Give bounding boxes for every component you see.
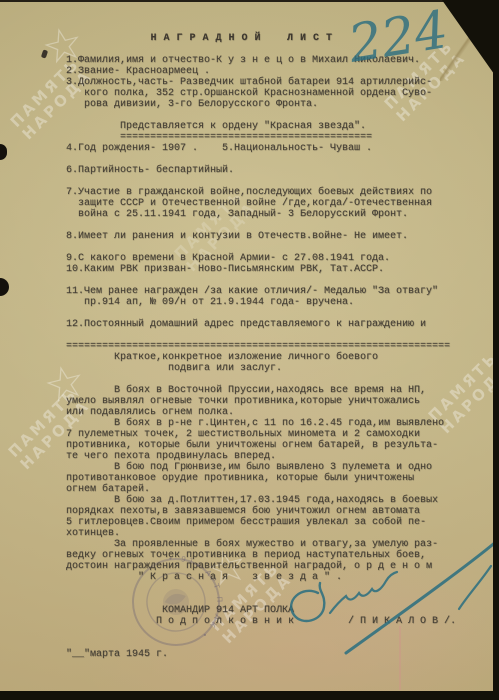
typed-line: В бою под Грюнвизе,им было выявлено 3 пу…: [66, 462, 456, 473]
typed-lines: Н А Г Р А Д Н О Й Л И С Т 1.Фамилия,имя …: [66, 33, 456, 660]
typed-line: ========================================…: [66, 341, 456, 352]
typed-line: [66, 242, 456, 253]
typed-line: За проявленные в боях мужество и отвагу,…: [66, 539, 456, 550]
typed-line: [66, 374, 456, 385]
typed-line: 9.С какого времени в Красной Армии- с 27…: [66, 253, 456, 264]
scan-edge-right: [493, 0, 499, 700]
typed-line: [66, 638, 456, 649]
typed-line: рова дивизии, 3-го Белорусского Фронта.: [66, 99, 456, 110]
typed-line: 11.Чем ранее награжден /за какие отличия…: [66, 286, 456, 297]
paper-crease: [399, 626, 401, 690]
typed-line: 4.Год рождения- 1907 . 5.Национальность-…: [66, 143, 456, 154]
typed-line: 3.Должность,часть- Разведчик штабной бат…: [66, 77, 456, 88]
typed-line: [66, 110, 456, 121]
typed-line: огнем батарей.: [66, 484, 456, 495]
typed-line: 10.Каким РВК призван- Ново-Письмянским Р…: [66, 264, 456, 275]
typed-line: ведку огневых точек противника в период …: [66, 550, 456, 561]
typed-line: достоин награждения правительственной на…: [66, 561, 456, 572]
typed-line: " К р а с н а я з в е з д а " .: [66, 572, 456, 583]
typed-line: 8.Имеет ли ранения и контузии в Отечеств…: [66, 231, 456, 242]
typed-line: война с 25.11.1941 года, Западный- 3 Бел…: [66, 209, 456, 220]
typed-line: умело выявлял огневые точки противника,к…: [66, 396, 456, 407]
typed-line: [66, 176, 456, 187]
scan-edge-bottom: [0, 691, 499, 700]
typed-line: [66, 330, 456, 341]
typed-line: пр.914 ап, № 09/н от 21.9.1944 года- вру…: [66, 297, 456, 308]
typed-line: хотинцев.: [66, 528, 456, 539]
typed-line: Представляется к ордену "Красная звезда"…: [66, 121, 456, 132]
typed-line: В боях в Восточной Пруссии,находясь все …: [66, 385, 456, 396]
scan-edge-top: [0, 0, 499, 2]
typed-line: [66, 583, 456, 594]
typed-line: [66, 44, 456, 55]
typed-line: порядках пехоты,в завязавшемся бою уничт…: [66, 506, 456, 517]
typed-line: [66, 594, 456, 605]
typed-line: [66, 308, 456, 319]
typed-line: В бою за д.Потлиттен,17.03.1945 года,нах…: [66, 495, 456, 506]
typed-line: защите СССР и Отечественной войне /где,к…: [66, 198, 456, 209]
typed-line: 5 гитлеровцев.Своим примером бесстрашия …: [66, 517, 456, 528]
scanned-document: ☆ ПАМЯТЬ НАРОДА ПАМЯТЬ НАРОДА ☆ ПАМЯТЬ Н…: [0, 0, 499, 700]
typed-line: КОМАНДИР 914 АРТ ПОЛКА: [66, 605, 456, 616]
typed-line: те чего пехота продвинулась вперед.: [66, 451, 456, 462]
typed-line: противотанковое орудие противника, котор…: [66, 473, 456, 484]
typed-line: [66, 275, 456, 286]
typed-line: [66, 154, 456, 165]
typed-line: Краткое,конкретное изложение личного бое…: [66, 352, 456, 363]
typed-line: [66, 627, 456, 638]
typed-line: 12.Постоянный домашний адрес представляе…: [66, 319, 456, 330]
typed-line: или подавлялись огнем полка.: [66, 407, 456, 418]
typed-line: противника, которые были уничтожены огне…: [66, 440, 456, 451]
typed-line: 2.Звание- Красноармеец .: [66, 66, 456, 77]
typed-line: кого полка, 352 стр.Оршанской Краснознам…: [66, 88, 456, 99]
typed-line: 7 пулеметных точек, 2 шестиствольных мин…: [66, 429, 456, 440]
typed-line: Н А Г Р А Д Н О Й Л И С Т: [66, 33, 456, 44]
typed-line: подвига или заслуг.: [66, 363, 456, 374]
typed-line: ========================================…: [66, 132, 456, 143]
typed-line: П о д п о л к о в н и к / П И К А Л О В …: [66, 616, 456, 627]
typed-line: [66, 220, 456, 231]
typed-line: В боях в р-не г.Цинтен,с 11 по 16.2.45 г…: [66, 418, 456, 429]
typed-line: 6.Партийность- беспартийный.: [66, 165, 456, 176]
typed-line: 7.Участие в гражданской войне,последующи…: [66, 187, 456, 198]
typed-line: "__"марта 1945 г.: [66, 649, 456, 660]
typed-line: 1.Фамилия,имя и отчество-К у з н е ц о в…: [66, 55, 456, 66]
